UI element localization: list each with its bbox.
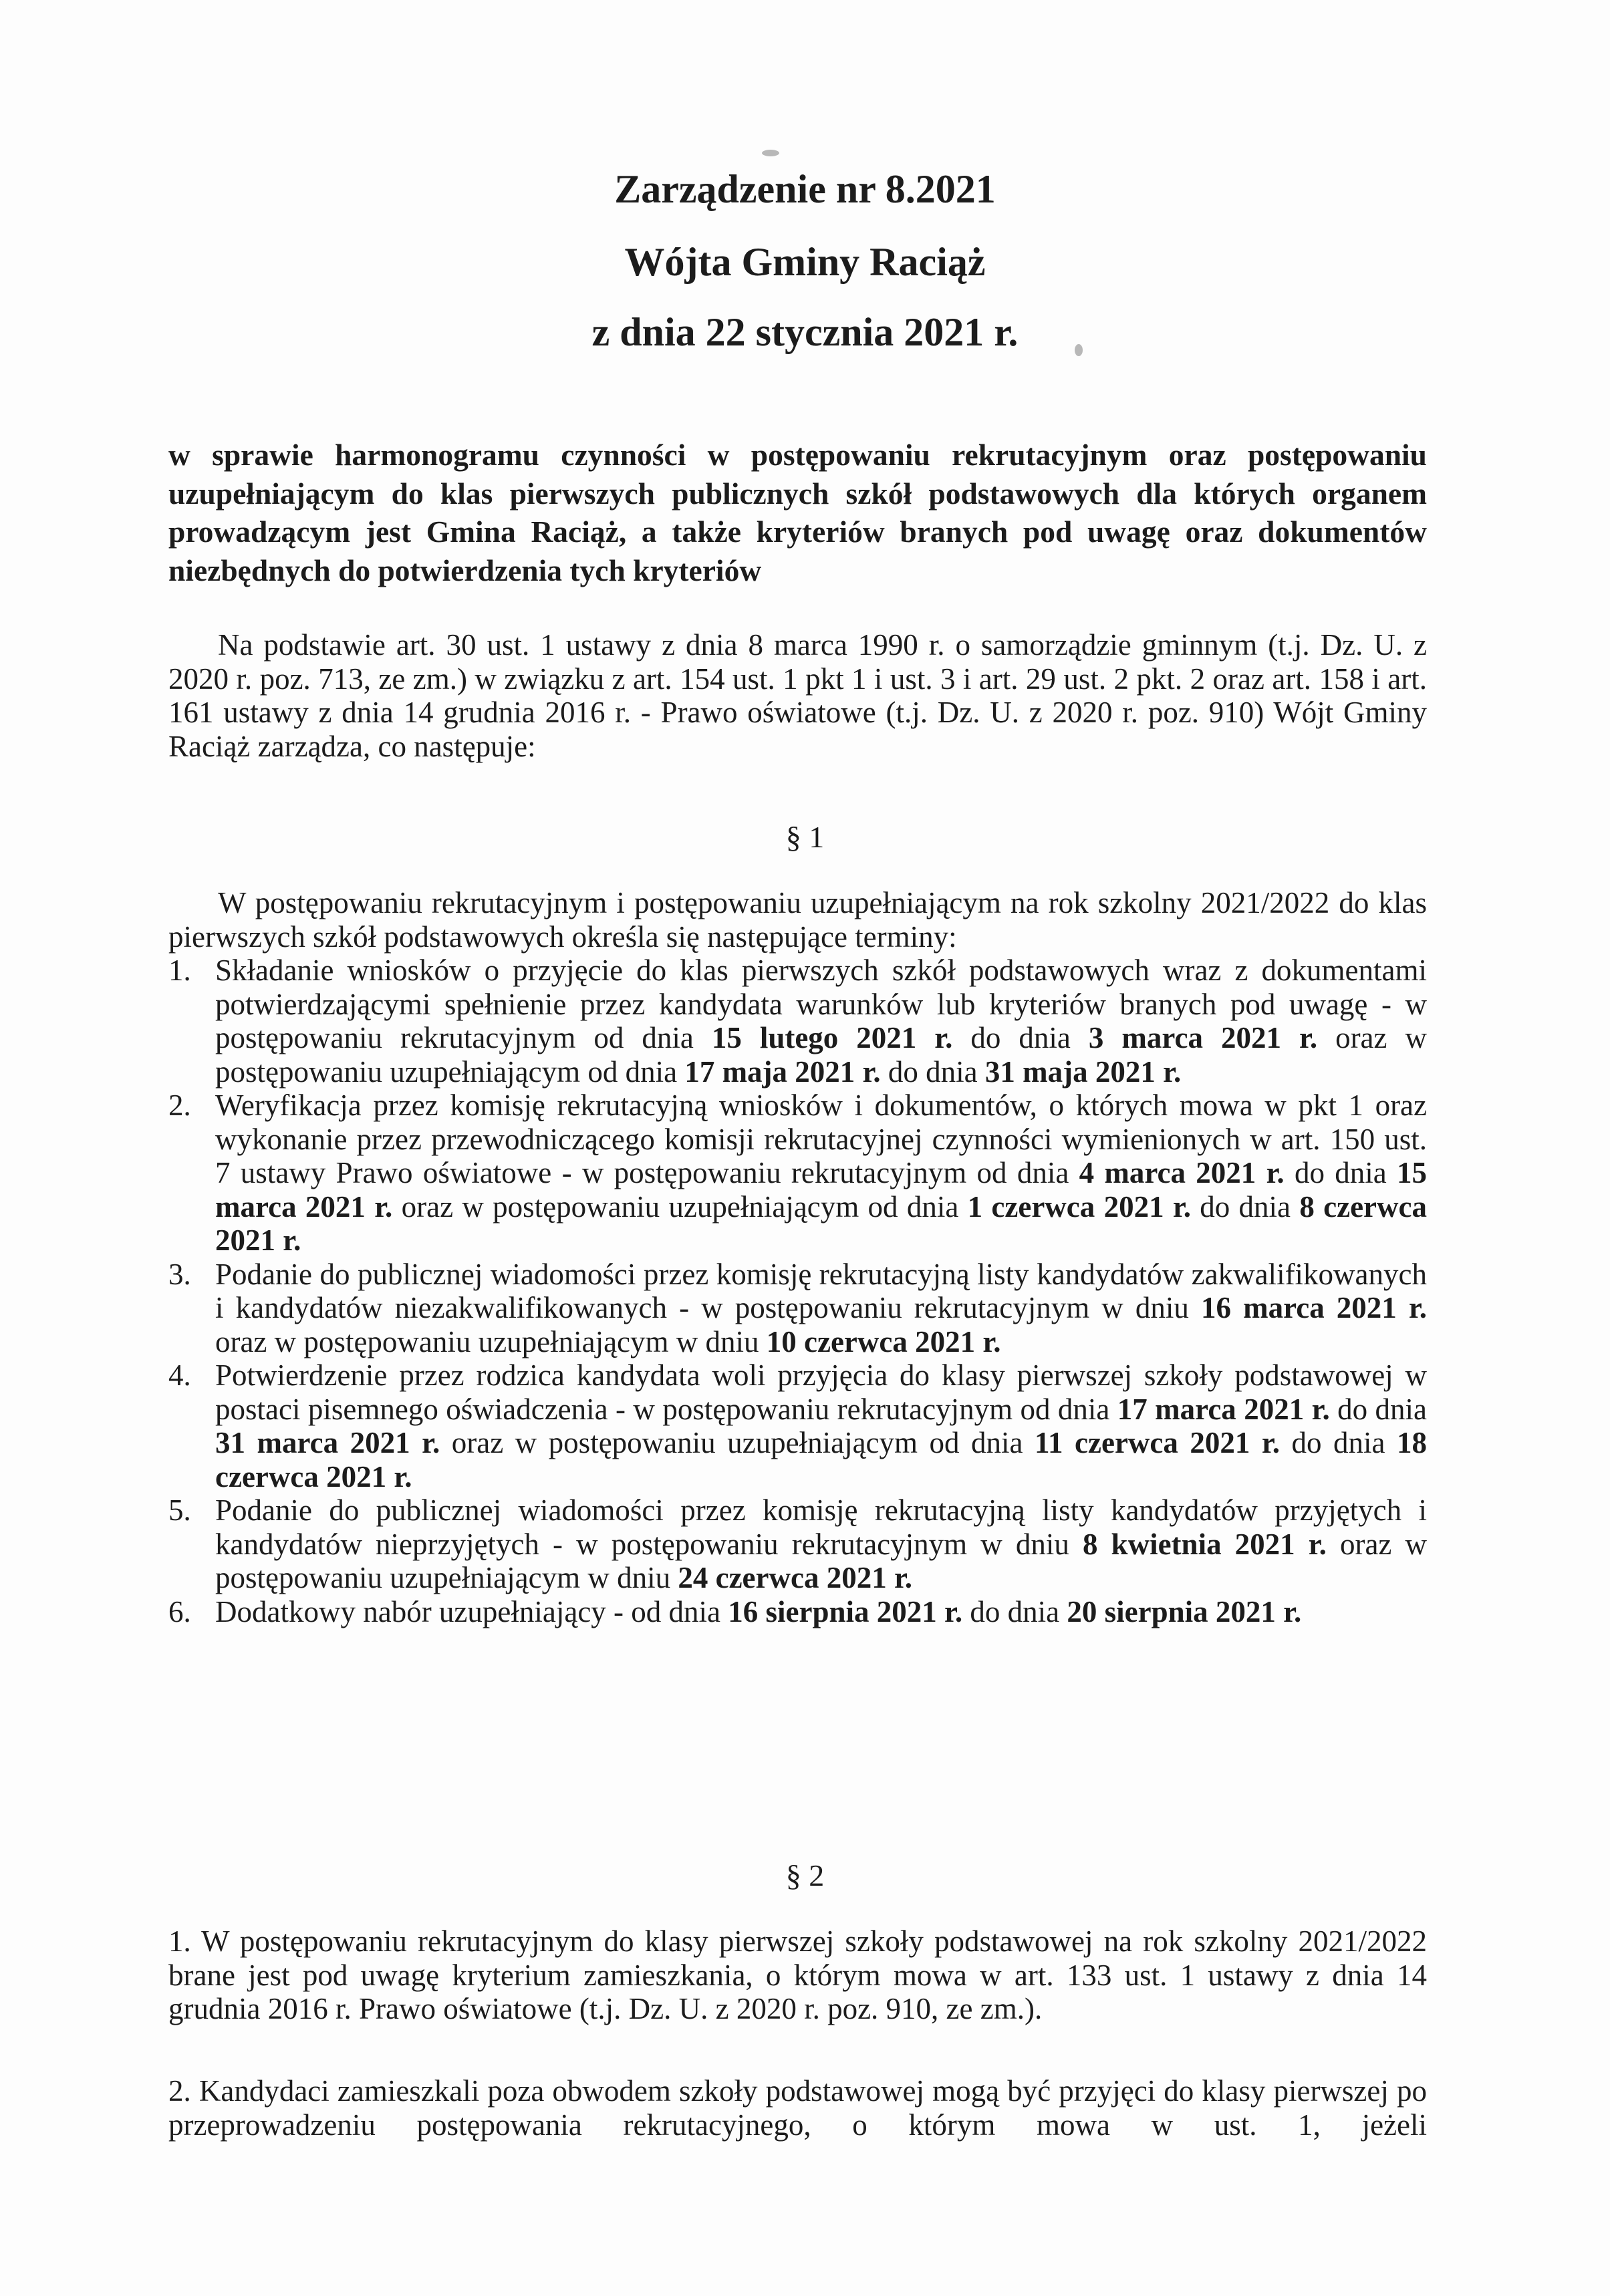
schedule-text: Dodatkowy nabór uzupełniający - od dnia	[215, 1595, 728, 1628]
schedule-date: 16 sierpnia 2021 r.	[728, 1595, 962, 1628]
schedule-date: 10 czerwca 2021 r.	[767, 1325, 1001, 1358]
document-title-issuer: Wójta Gminy Raciąż	[0, 239, 1610, 285]
section-2-paragraph-2: 2. Kandydaci zamieszkali poza obwodem sz…	[168, 2074, 1427, 2142]
schedule-item: 1.Składanie wniosków o przyjęcie do klas…	[168, 954, 1427, 1089]
schedule-item: 5.Podanie do publicznej wiadomości przez…	[168, 1493, 1427, 1595]
schedule-date: 4 marca 2021 r.	[1079, 1156, 1285, 1189]
section-1-intro: W postępowaniu rekrutacyjnym i postępowa…	[168, 886, 1427, 954]
schedule-date: 15 lutego 2021 r.	[712, 1021, 953, 1054]
schedule-item-number: 2.	[168, 1089, 191, 1123]
schedule-item: 3.Podanie do publicznej wiadomości przez…	[168, 1258, 1427, 1359]
schedule-text: do dnia	[1191, 1190, 1299, 1224]
scan-artifact	[762, 150, 779, 156]
section-1-heading: § 1	[0, 821, 1610, 854]
document-title-number: Zarządzenie nr 8.2021	[0, 166, 1610, 212]
document-subject: w sprawie harmonogramu czynności w postę…	[168, 436, 1427, 589]
schedule-text: do dnia	[1330, 1393, 1427, 1426]
schedule-item-number: 1.	[168, 954, 191, 988]
schedule-item: 6.Dodatkowy nabór uzupełniający - od dni…	[168, 1595, 1427, 1629]
schedule-text: do dnia	[962, 1595, 1067, 1628]
schedule-item-number: 5.	[168, 1493, 191, 1528]
legal-basis-preamble: Na podstawie art. 30 ust. 1 ustawy z dni…	[168, 628, 1427, 763]
schedule-date: 24 czerwca 2021 r.	[678, 1561, 912, 1594]
schedule-date: 16 marca 2021 r.	[1201, 1291, 1427, 1324]
schedule-text: do dnia	[1280, 1426, 1397, 1459]
schedule-item-number: 3.	[168, 1258, 191, 1292]
schedule-text: do dnia	[952, 1021, 1088, 1054]
schedule-date: 31 maja 2021 r.	[985, 1055, 1181, 1089]
schedule-date: 11 czerwca 2021 r.	[1035, 1426, 1280, 1459]
schedule-text: oraz w postępowaniu uzupełniającym od dn…	[392, 1190, 967, 1224]
schedule-text: oraz w postępowaniu uzupełniającym w dni…	[215, 1325, 767, 1358]
schedule-item: 4.Potwierdzenie przez rodzica kandydata …	[168, 1358, 1427, 1493]
section-2-paragraph-1: 1. W postępowaniu rekrutacyjnym do klasy…	[168, 1924, 1427, 2026]
schedule-text: do dnia	[1285, 1156, 1397, 1189]
schedule-item-number: 6.	[168, 1595, 191, 1629]
schedule-date: 1 czerwca 2021 r.	[968, 1190, 1191, 1224]
schedule-date: 17 marca 2021 r.	[1117, 1393, 1330, 1426]
section-2-heading: § 2	[0, 1859, 1610, 1892]
schedule-text: oraz w postępowaniu uzupełniającym od dn…	[440, 1426, 1035, 1459]
schedule-date: 3 marca 2021 r.	[1089, 1021, 1317, 1054]
schedule-date: 31 marca 2021 r.	[215, 1426, 440, 1459]
schedule-date: 8 kwietnia 2021 r.	[1083, 1528, 1327, 1561]
schedule-date: 17 maja 2021 r.	[684, 1055, 880, 1089]
schedule-date: 20 sierpnia 2021 r.	[1067, 1595, 1301, 1628]
document-page: Zarządzenie nr 8.2021 Wójta Gminy Raciąż…	[0, 0, 1610, 2296]
schedule-item-number: 4.	[168, 1358, 191, 1393]
schedule-text: do dnia	[881, 1055, 985, 1089]
schedule-item: 2.Weryfikacja przez komisję rekrutacyjną…	[168, 1089, 1427, 1258]
schedule-list: 1.Składanie wniosków o przyjęcie do klas…	[168, 954, 1427, 1628]
document-title-date: z dnia 22 stycznia 2021 r.	[0, 309, 1610, 355]
